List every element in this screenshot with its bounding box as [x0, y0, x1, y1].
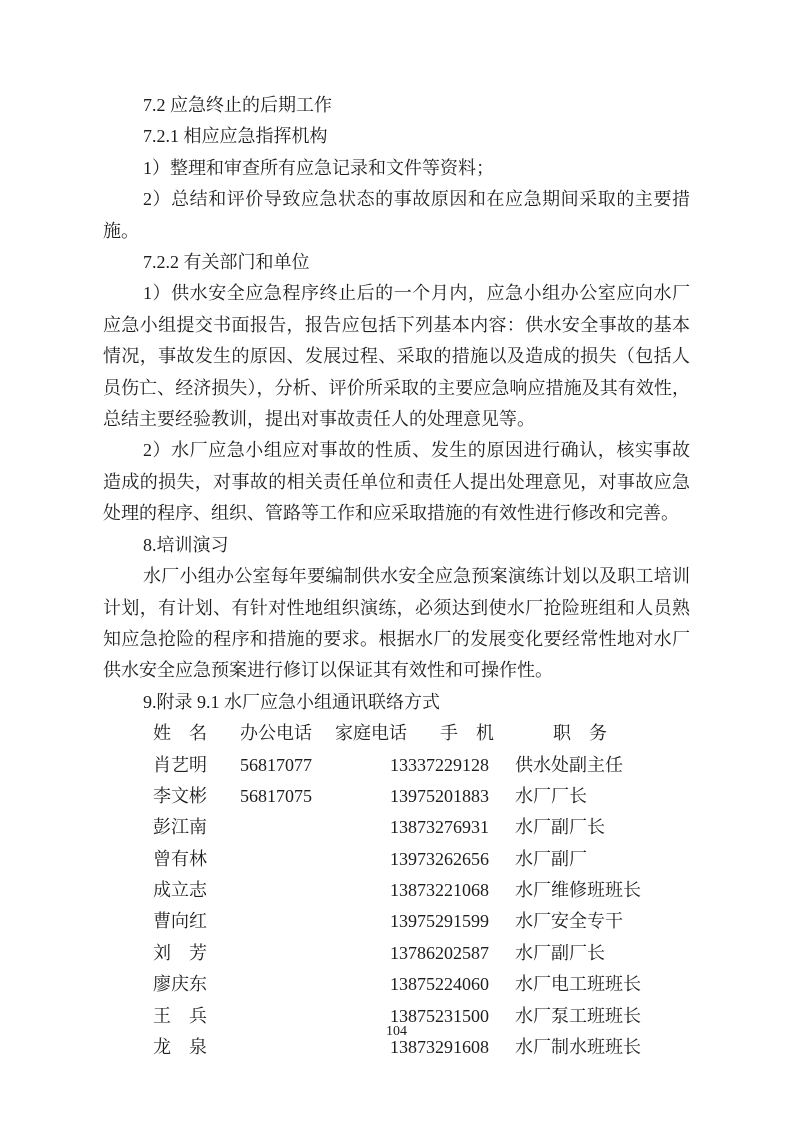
cell-title: 水厂电工班班长: [515, 969, 690, 1000]
heading-7-2-2: 7.2.2 有关部门和单位: [103, 247, 690, 278]
cell-office-phone: [240, 906, 318, 937]
cell-home-phone: [318, 781, 390, 812]
column-header-title: 职 务: [534, 718, 690, 749]
column-header-name: 姓 名: [153, 718, 240, 749]
contact-row-2: 李文彬 56817075 13975201883 水厂厂长: [103, 781, 690, 812]
cell-office-phone: [240, 938, 318, 969]
cell-office-phone: [240, 969, 318, 1000]
cell-mobile: 13786202587: [390, 938, 515, 969]
cell-name: 刘 芳: [153, 938, 240, 969]
contact-row-3: 彭江南 13873276931 水厂副厂长: [103, 812, 690, 843]
cell-home-phone: [318, 844, 390, 875]
heading-8-training: 8.培训演习: [103, 530, 690, 561]
cell-title: 水厂安全专干: [515, 906, 690, 937]
cell-name: 彭江南: [153, 812, 240, 843]
cell-title: 水厂副厂: [515, 844, 690, 875]
cell-title: 供水处副主任: [515, 750, 690, 781]
contact-row-8: 廖庆东 13875224060 水厂电工班班长: [103, 969, 690, 1000]
cell-home-phone: [318, 750, 390, 781]
heading-7-2-1: 7.2.1 相应应急指挥机构: [103, 121, 690, 152]
document-body: 7.2 应急终止的后期工作 7.2.1 相应应急指挥机构 1）整理和审查所有应急…: [103, 90, 690, 1063]
page-number: 104: [0, 1024, 793, 1040]
cell-home-phone: [318, 875, 390, 906]
list-item-7-2-1-2: 2）总结和评价导致应急状态的事故原因和在应急期间采取的主要措施。: [103, 184, 690, 247]
paragraph-accident-review: 2）水厂应急小组应对事故的性质、发生的原因进行确认，核实事故造成的损失，对事故的…: [103, 435, 690, 529]
cell-home-phone: [318, 906, 390, 937]
cell-home-phone: [318, 969, 390, 1000]
cell-mobile: 13873276931: [390, 812, 515, 843]
column-header-office-phone: 办公电话: [240, 718, 335, 749]
cell-home-phone: [318, 938, 390, 969]
cell-office-phone: [240, 844, 318, 875]
paragraph-training-drill: 水厂小组办公室每年要编制供水安全应急预案演练计划以及职工培训计划，有计划、有针对…: [103, 561, 690, 687]
cell-title: 水厂副厂长: [515, 938, 690, 969]
cell-mobile: 13973262656: [390, 844, 515, 875]
cell-mobile: 13337229128: [390, 750, 515, 781]
cell-name: 曾有林: [153, 844, 240, 875]
heading-7-2: 7.2 应急终止的后期工作: [103, 90, 690, 121]
cell-office-phone: [240, 875, 318, 906]
contact-table: 姓 名 办公电话 家庭电话 手 机 职 务 肖艺明 56817077 13337…: [103, 718, 690, 1063]
cell-office-phone: [240, 812, 318, 843]
cell-mobile: 13975201883: [390, 781, 515, 812]
cell-mobile: 13873221068: [390, 875, 515, 906]
cell-mobile: 13875224060: [390, 969, 515, 1000]
contact-row-7: 刘 芳 13786202587 水厂副厂长: [103, 938, 690, 969]
column-header-home-phone: 家庭电话: [335, 718, 415, 749]
contact-row-4: 曾有林 13973262656 水厂副厂: [103, 844, 690, 875]
contact-row-6: 曹向红 13975291599 水厂安全专干: [103, 906, 690, 937]
cell-title: 水厂副厂长: [515, 812, 690, 843]
document-page: 7.2 应急终止的后期工作 7.2.1 相应应急指挥机构 1）整理和审查所有应急…: [0, 0, 793, 1122]
cell-title: 水厂维修班班长: [515, 875, 690, 906]
heading-9-appendix: 9.附录 9.1 水厂应急小组通讯联络方式: [103, 687, 690, 718]
contact-row-5: 成立志 13873221068 水厂维修班班长: [103, 875, 690, 906]
cell-name: 廖庆东: [153, 969, 240, 1000]
paragraph-report-requirements: 1）供水安全应急程序终止后的一个月内，应急小组办公室应向水厂应急小组提交书面报告…: [103, 278, 690, 435]
column-header-mobile: 手 机: [415, 718, 534, 749]
contact-row-1: 肖艺明 56817077 13337229128 供水处副主任: [103, 750, 690, 781]
cell-name: 曹向红: [153, 906, 240, 937]
list-item-7-2-1-1: 1）整理和审查所有应急记录和文件等资料；: [103, 153, 690, 184]
cell-home-phone: [318, 812, 390, 843]
contact-table-header-row: 姓 名 办公电话 家庭电话 手 机 职 务: [103, 718, 690, 749]
cell-office-phone: 56817077: [240, 750, 318, 781]
cell-name: 肖艺明: [153, 750, 240, 781]
cell-office-phone: 56817075: [240, 781, 318, 812]
cell-title: 水厂厂长: [515, 781, 690, 812]
cell-name: 成立志: [153, 875, 240, 906]
cell-mobile: 13975291599: [390, 906, 515, 937]
cell-name: 李文彬: [153, 781, 240, 812]
